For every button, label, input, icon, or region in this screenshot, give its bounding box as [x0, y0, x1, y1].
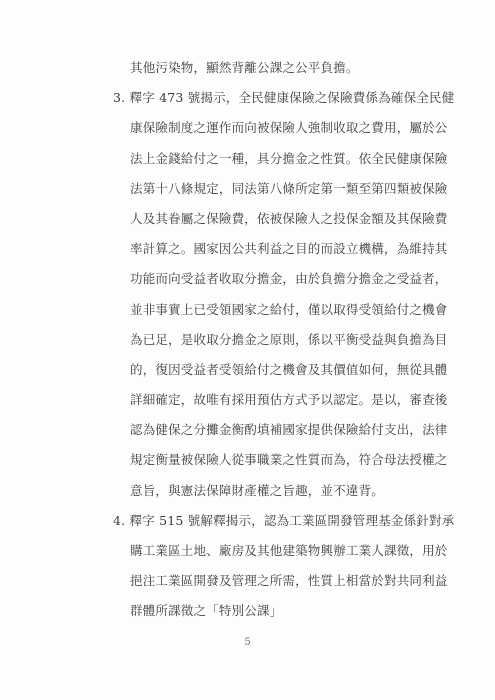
text-line: 詳細確定，故唯有採用預估方式予以認定。是以，審查後 — [130, 385, 444, 415]
text-line-item-4-end: 群體所課徵之「特別公課」 — [130, 596, 444, 626]
text-line: 認為健保之分攤金衡酌填補國家提供保險給付支出，法律 — [130, 415, 444, 445]
text-line-paragraph-end: 其他污染物，顯然背離公課之公平負擔。 — [130, 53, 444, 83]
text-line: 法第十八條規定，同法第八條所定第一類至第四類被保險 — [130, 174, 444, 204]
page-number: 5 — [0, 636, 495, 650]
text-line-item-3-end: 意旨，與憲法保障財產權之旨趣，並不違背。 — [130, 476, 444, 506]
text-line: 率計算之。國家因公共利益之目的而設立機構，為維持其 — [130, 234, 444, 264]
text-line: 康保險制度之運作而向被保險人強制收取之費用，屬於公 — [130, 113, 444, 143]
text-line: 規定衡量被保險人從事職業之性質而為，符合母法授權之 — [130, 445, 444, 475]
text-line-item-4-start: 4. 釋字 515 號解釋揭示，認為工業區開發管理基金係針對承 — [113, 506, 444, 536]
text-line: 挹注工業區開發及管理之所需，性質上相當於對共同利益 — [130, 566, 444, 596]
text-line: 為已足，是收取分擔金之原則，係以平衡受益與負擔為目 — [130, 325, 444, 355]
document-page: 其他污染物，顯然背離公課之公平負擔。 3. 釋字 473 號揭示，全民健康保險之… — [0, 0, 495, 700]
document-body: 其他污染物，顯然背離公課之公平負擔。 3. 釋字 473 號揭示，全民健康保險之… — [113, 53, 444, 627]
text-line-item-3-start: 3. 釋字 473 號揭示，全民健康保險之保險費係為確保全民健 — [113, 83, 444, 113]
text-line: 法上金錢給付之一種，具分擔金之性質。依全民健康保險 — [130, 144, 444, 174]
text-line: 並非事實上已受領國家之給付，僅以取得受領給付之機會 — [130, 295, 444, 325]
text-line: 購工業區土地、廠房及其他建築物興辦工業人課徵，用於 — [130, 536, 444, 566]
text-line: 的，復因受益者受領給付之機會及其價值如何，無從具體 — [130, 355, 444, 385]
text-line: 人及其眷屬之保險費，依被保險人之投保金額及其保險費 — [130, 204, 444, 234]
text-line: 功能而向受益者收取分擔金，由於負擔分擔金之受益者， — [130, 264, 444, 294]
